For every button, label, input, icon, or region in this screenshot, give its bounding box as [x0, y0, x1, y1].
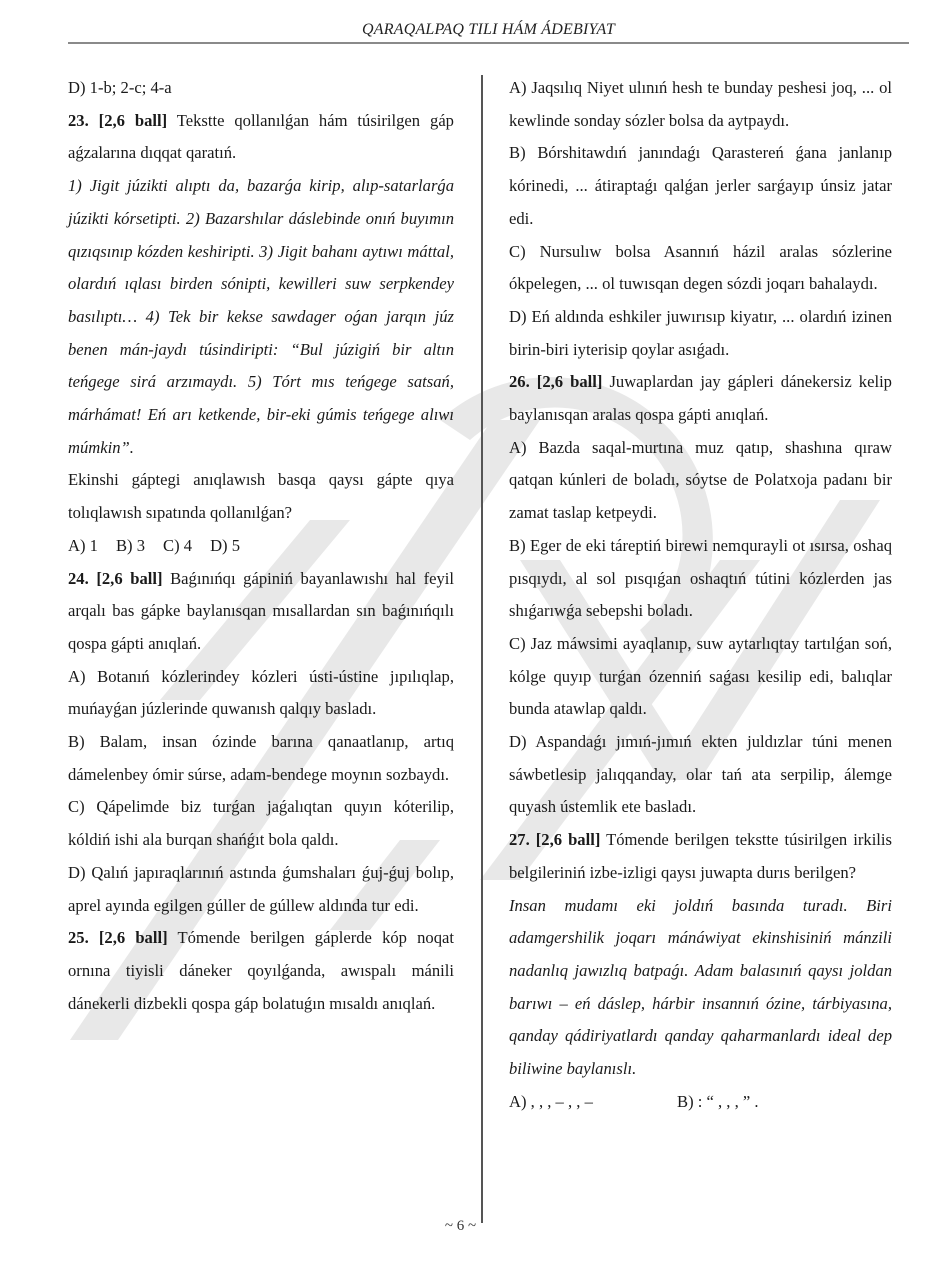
- q25-option-a[interactable]: A) Jaqsılıq Niyet ulınıń hesh te bunday …: [509, 72, 892, 137]
- q23-option-c[interactable]: C) 4: [163, 536, 192, 555]
- q26-option-b[interactable]: B) Eger de eki táreptiń birewi nemqurayl…: [509, 530, 892, 628]
- question-23-number: 23. [2,6 ball]: [68, 111, 167, 130]
- question-27-options: A) , , , – , , –B) : “ , , , ” .: [509, 1086, 892, 1119]
- page-footer: ~ 6 ~: [0, 1218, 931, 1235]
- question-24-number: 24. [2,6 ball]: [68, 569, 163, 588]
- question-27-passage: Insan mudamı eki joldıń basında turadı. …: [509, 890, 892, 1086]
- q23-option-a[interactable]: A) 1: [68, 536, 98, 555]
- question-24: 24. [2,6 ball] Baǵınıńqı gápiniń bayanla…: [68, 563, 454, 661]
- page-number: ~ 6 ~: [445, 1218, 476, 1234]
- question-25-number: 25. [2,6 ball]: [68, 928, 168, 947]
- q27-option-a[interactable]: A) , , , – , , –: [509, 1086, 677, 1119]
- page-header: QARAQALPAQ TILI HÁM ÁDEBIYAT: [68, 18, 909, 44]
- question-26: 26. [2,6 ball] Juwaplardan jay gápleri d…: [509, 366, 892, 431]
- q26-option-a[interactable]: A) Bazda saqal-murtına muz qatıp, shashı…: [509, 432, 892, 530]
- left-column: D) 1-b; 2-c; 4-a 23. [2,6 ball] Tekstte …: [68, 72, 454, 1020]
- column-divider: [481, 75, 483, 1223]
- q27-option-b[interactable]: B) : “ , , , ” .: [677, 1086, 759, 1119]
- q26-option-c[interactable]: C) Jaz máwsimi ayaqlanıp, suw aytarlıqta…: [509, 628, 892, 726]
- q25-option-c[interactable]: C) Nursulıw bolsa Asannıń házil aralas s…: [509, 236, 892, 301]
- question-27: 27. [2,6 ball] Tómende berilgen tekstte …: [509, 824, 892, 889]
- question-27-number: 27. [2,6 ball]: [509, 830, 600, 849]
- question-23-question: Ekinshi gáptegi anıqlawısh basqa qaysı g…: [68, 464, 454, 529]
- q24-option-b[interactable]: B) Balam, insan ózinde barına qanaatlanı…: [68, 726, 454, 791]
- q26-option-d[interactable]: D) Aspandaǵı jımıń-jımıń ekten juldızlar…: [509, 726, 892, 824]
- question-23-passage: 1) Jigit júzikti alıptı da, bazarǵa kiri…: [68, 170, 454, 464]
- q25-option-d[interactable]: D) Eń aldında eshkiler juwırısıp kiyatır…: [509, 301, 892, 366]
- q24-option-d[interactable]: D) Qalıń japıraqlarınıń astında ǵumshala…: [68, 857, 454, 922]
- question-23: 23. [2,6 ball] Tekstte qollanılǵan hám t…: [68, 105, 454, 170]
- header-title: QARAQALPAQ TILI HÁM ÁDEBIYAT: [362, 21, 615, 38]
- right-column: A) Jaqsılıq Niyet ulınıń hesh te bunday …: [509, 72, 892, 1119]
- question-25: 25. [2,6 ball] Tómende berilgen gáplerde…: [68, 922, 454, 1020]
- q23-option-b[interactable]: B) 3: [116, 536, 145, 555]
- q22-option-d: D) 1-b; 2-c; 4-a: [68, 72, 454, 105]
- q25-option-b[interactable]: B) Bórshitawdıń janındaǵı Qarastereń ǵan…: [509, 137, 892, 235]
- q24-option-c[interactable]: C) Qápelimde biz turǵan jaǵalıqtan quyın…: [68, 791, 454, 856]
- question-26-number: 26. [2,6 ball]: [509, 372, 602, 391]
- q23-option-d[interactable]: D) 5: [210, 536, 240, 555]
- q24-option-a[interactable]: A) Botanıń kózlerindey kózleri ústi-ústi…: [68, 661, 454, 726]
- question-23-options: A) 1B) 3C) 4D) 5: [68, 530, 454, 563]
